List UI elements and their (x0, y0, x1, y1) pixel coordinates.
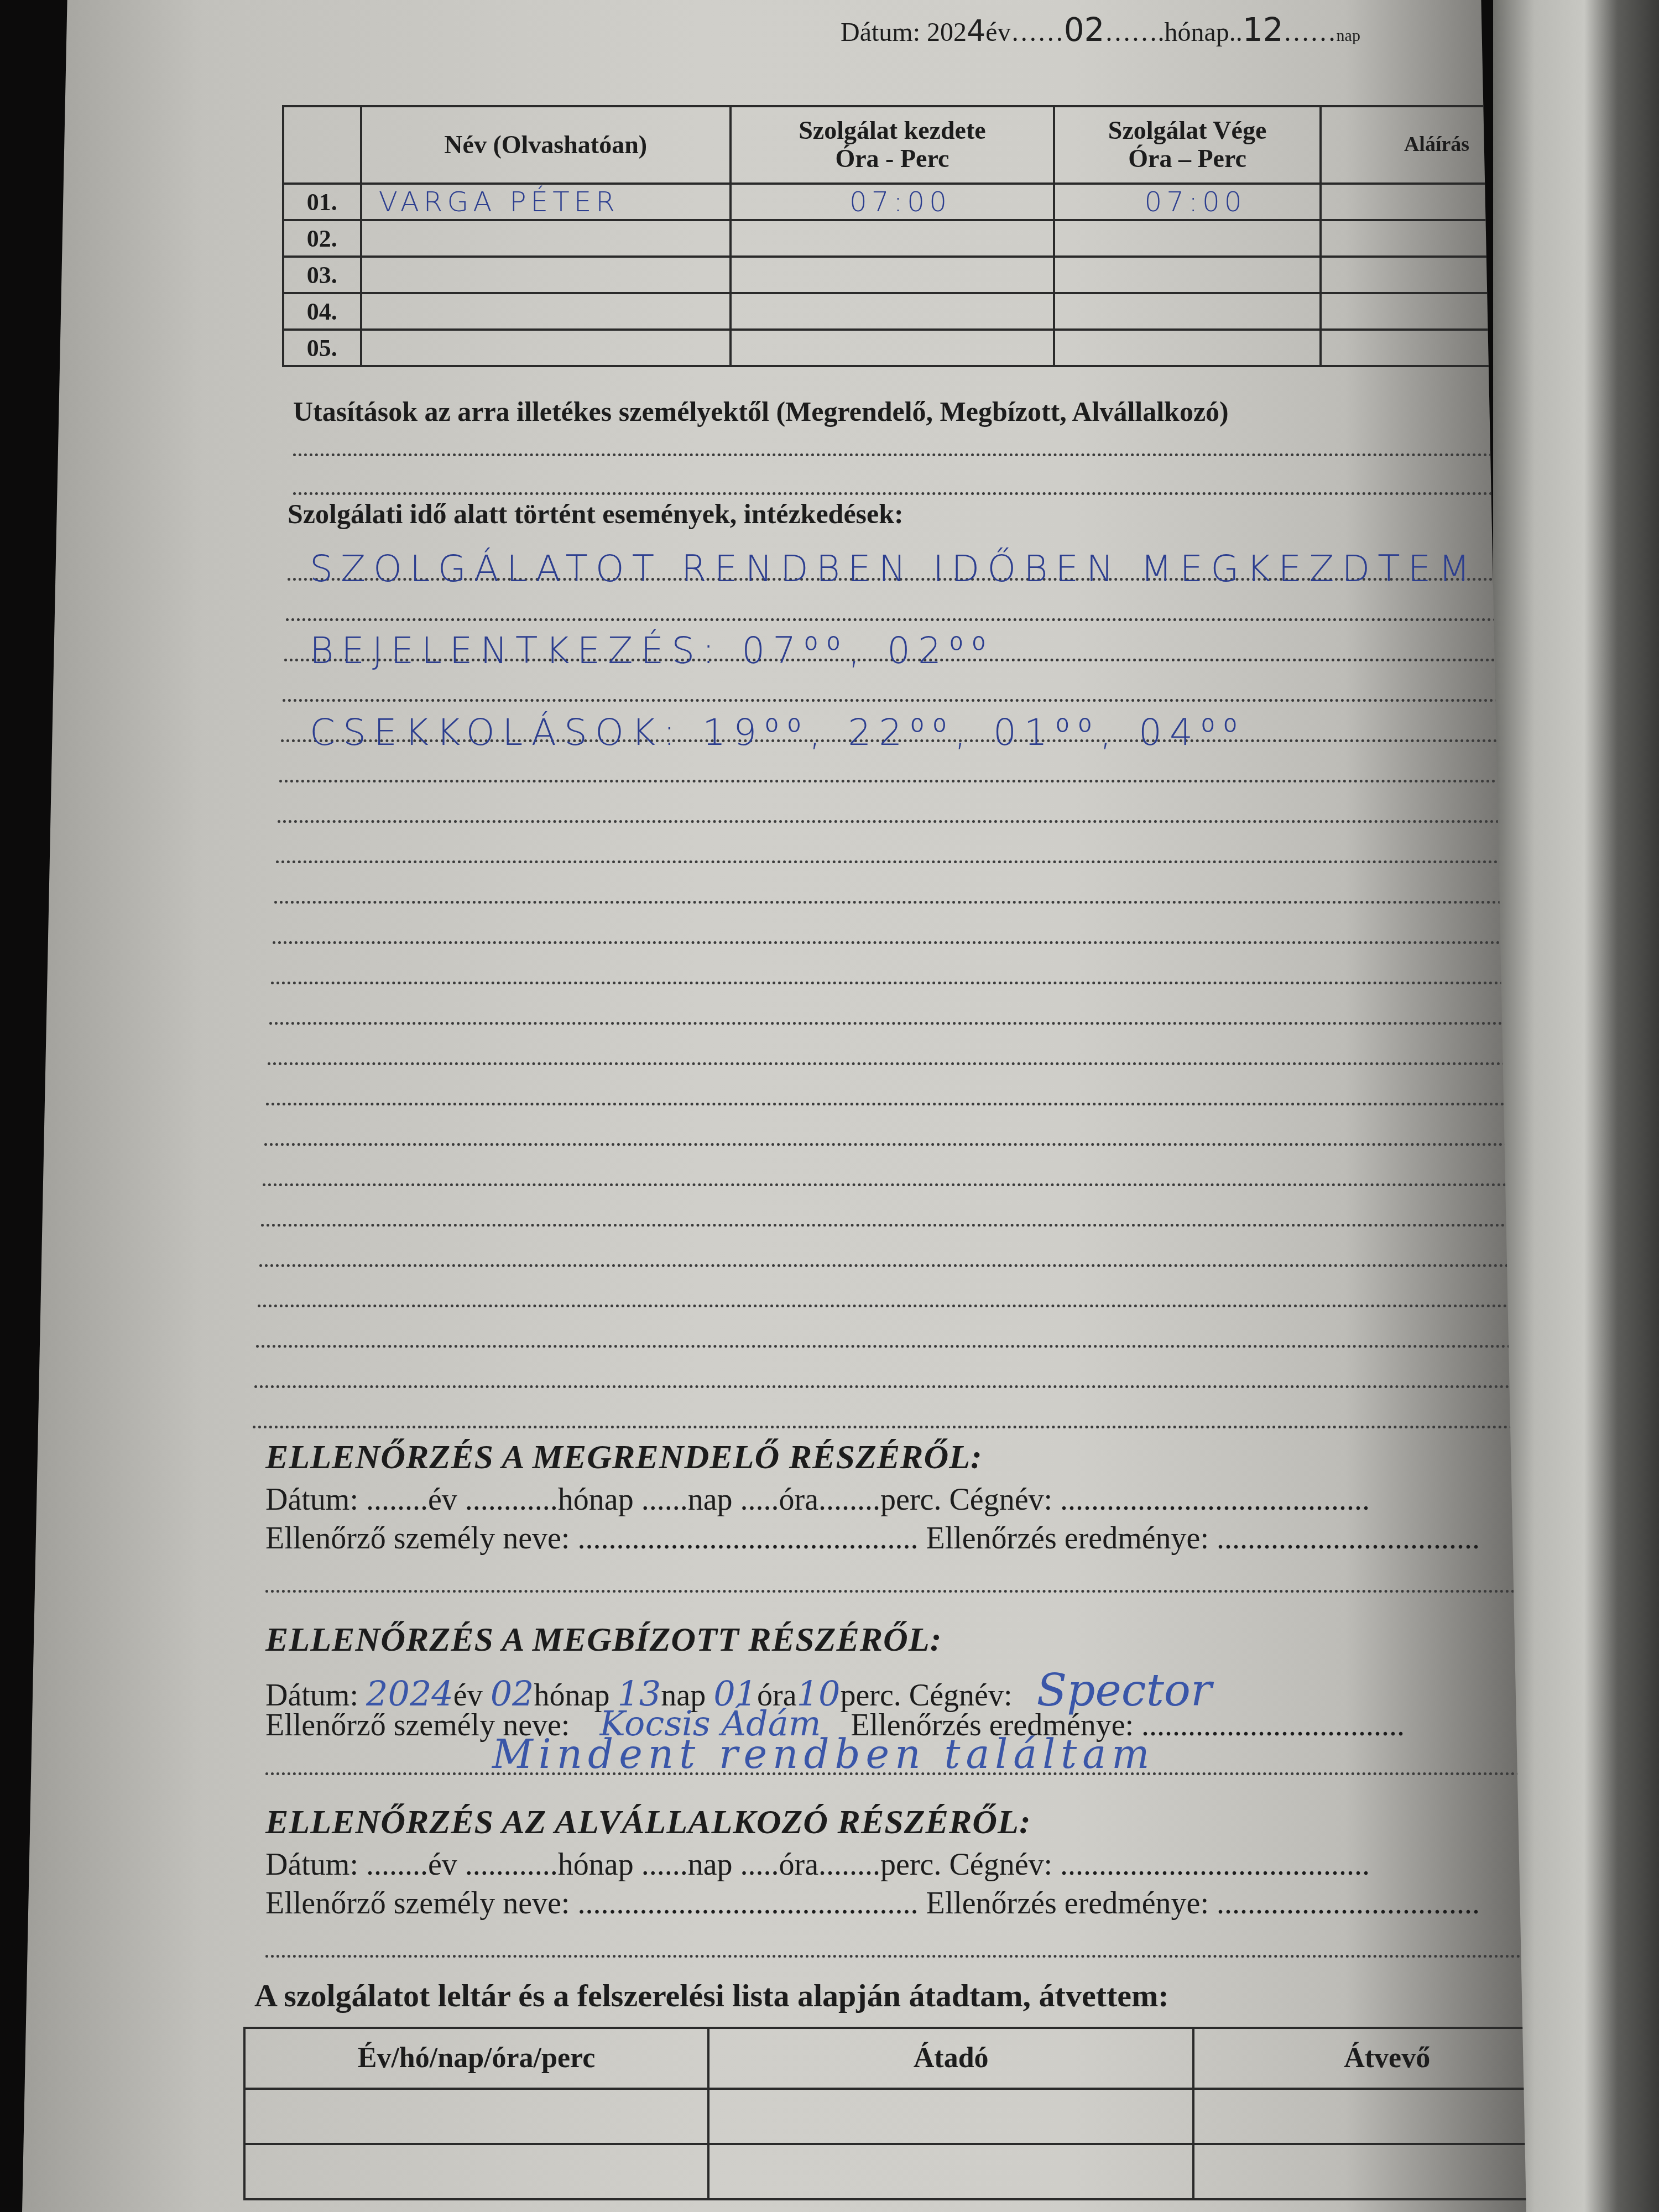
event-line[interactable] (276, 860, 1537, 863)
handover-header-receiver: Átvevő (1193, 2028, 1580, 2089)
instructions-line-2[interactable] (293, 492, 1537, 495)
check-title: ELLENŐRZÉS A MEGRENDELŐ RÉSZÉRŐL: (265, 1438, 983, 1477)
end-time-cell[interactable] (1054, 330, 1321, 366)
instructions-heading: Utasítások az arra illetékes személyektő… (293, 395, 1229, 427)
check-person-line: Ellenőrző személy neve: ................… (265, 1886, 1480, 1921)
header-date-line: Dátum: 2024év……02…….hónap..12……nap (841, 11, 1360, 49)
check-title: ELLENŐRZÉS AZ ALVÁLLALKOZÓ RÉSZÉRŐL: (265, 1803, 1031, 1842)
name-cell[interactable] (361, 293, 731, 330)
event-line[interactable] (264, 1143, 1525, 1146)
handover-date-cell[interactable] (244, 2089, 708, 2144)
event-line[interactable] (263, 1183, 1524, 1186)
event-entry[interactable]: BEJELENTKEZÉS: 07⁰⁰, 02⁰⁰ (310, 629, 994, 672)
start-time-cell[interactable] (731, 293, 1054, 330)
event-line[interactable] (259, 1264, 1520, 1267)
end-time-cell[interactable] (1054, 220, 1321, 257)
check-result-blank[interactable]: .................................. (1217, 1521, 1480, 1556)
event-line[interactable] (269, 1022, 1530, 1025)
handover-row (244, 2144, 1580, 2199)
check-result-line[interactable] (265, 1955, 1548, 1958)
handover-receiver-cell[interactable] (1193, 2089, 1580, 2144)
event-line[interactable] (253, 1426, 1514, 1428)
check-person-label: Ellenőrző személy neve: (265, 1521, 570, 1556)
row-number: 02. (283, 220, 361, 257)
check-date-line: Dátum: ........év ............hónap ....… (265, 1482, 1370, 1517)
row-number: 01. (283, 184, 361, 220)
event-line[interactable] (254, 1385, 1515, 1388)
header-end-line2: Óra – Perc (1056, 145, 1319, 173)
start-time-cell[interactable]: 07:00 (731, 184, 1054, 220)
handover-giver-cell[interactable] (708, 2144, 1193, 2199)
start-time-cell[interactable] (731, 257, 1054, 293)
name-cell[interactable] (361, 220, 731, 257)
check-person-blank[interactable]: ........................................… (577, 1521, 918, 1556)
shift-row: 05. (283, 330, 1553, 366)
event-line[interactable] (274, 901, 1535, 904)
date-label: Dátum: 202 (841, 18, 967, 47)
check-day-label: nap (688, 1848, 733, 1882)
check-year-blank[interactable]: ........ (366, 1483, 428, 1517)
check-person-label: Ellenőrző személy neve: (265, 1886, 570, 1921)
event-line[interactable] (279, 780, 1540, 782)
row-number: 04. (283, 293, 361, 330)
header-end: Szolgálat Vége Óra – Perc (1054, 106, 1321, 184)
check-company-blank[interactable]: ........................................ (1060, 1483, 1370, 1517)
check-day-blank[interactable]: ...... (641, 1848, 688, 1882)
shift-row: 04. (283, 293, 1553, 330)
check-hour-blank[interactable]: ..... (740, 1483, 779, 1517)
events-heading: Szolgálati idő alatt történt események, … (288, 498, 904, 530)
handover-receiver-cell[interactable] (1193, 2144, 1580, 2199)
check-hour-label: óra (779, 1848, 819, 1882)
row-number: 03. (283, 257, 361, 293)
check-person-line: Ellenőrző személy neve: ................… (265, 1521, 1480, 1556)
end-time-cell[interactable] (1054, 293, 1321, 330)
end-time-cell[interactable]: 07:00 (1054, 184, 1321, 220)
date-year-digit: 4 (967, 13, 985, 48)
name-cell[interactable] (361, 330, 731, 366)
check-result-blank[interactable]: .................................. (1217, 1886, 1480, 1921)
check-hour-blank[interactable]: ..... (740, 1848, 779, 1882)
handover-table: Év/hó/nap/óra/perc Átadó Átvevő (243, 2027, 1582, 2200)
check-result-line[interactable] (265, 1590, 1548, 1593)
event-entry[interactable]: CSEKKOLÁSOK: 19⁰⁰, 22⁰⁰, 01⁰⁰, 04⁰⁰ (310, 711, 1245, 754)
check-company-label: perc. Cégnév: (880, 1483, 1052, 1517)
header-end-line1: Szolgálat Vége (1056, 117, 1319, 145)
check-hour-label: óra (779, 1483, 819, 1517)
event-line[interactable] (266, 1103, 1527, 1105)
name-cell[interactable]: VARGA PÉTER (361, 184, 731, 220)
check-month-label: hónap (558, 1483, 634, 1517)
date-day: 12 (1243, 11, 1284, 49)
month-label: hónap (1164, 18, 1229, 47)
event-line[interactable] (258, 1305, 1519, 1307)
check-month-blank[interactable]: ............ (465, 1483, 558, 1517)
check-year-blank[interactable]: ........ (366, 1848, 428, 1882)
handover-header-date: Év/hó/nap/óra/perc (244, 2028, 708, 2089)
check-result-label: Ellenőrzés eredménye: (926, 1521, 1209, 1556)
check-result-blank[interactable]: .................................. (1141, 1708, 1405, 1743)
handover-header-giver: Átadó (708, 2028, 1193, 2089)
handover-row (244, 2089, 1580, 2144)
shift-row: 01.VARGA PÉTER07:0007:00 (283, 184, 1553, 220)
check-month-blank[interactable]: ............ (465, 1848, 558, 1882)
event-line[interactable] (271, 982, 1532, 984)
check-date-label: Dátum: (265, 1848, 358, 1882)
event-line[interactable] (283, 699, 1543, 702)
handover-date-cell[interactable] (244, 2144, 708, 2199)
day-label: nap (1337, 27, 1360, 45)
event-line[interactable] (286, 618, 1547, 621)
shift-table-header: Név (Olvashatóan) Szolgálat kezdete Óra … (283, 106, 1553, 184)
header-start-line1: Szolgálat kezdete (732, 117, 1052, 145)
check-day-blank[interactable]: ...... (641, 1483, 688, 1517)
check-date-line: Dátum: ........év ............hónap ....… (265, 1847, 1370, 1882)
header-start: Szolgálat kezdete Óra - Perc (731, 106, 1054, 184)
row-number: 05. (283, 330, 361, 366)
event-line[interactable] (261, 1224, 1522, 1227)
check-company-label: perc. Cégnév: (880, 1848, 1052, 1882)
check-year-label: év (428, 1483, 457, 1517)
handover-heading: A szolgálatot leltár és a felszerelési l… (254, 1977, 1169, 2014)
shift-table: Név (Olvashatóan) Szolgálat kezdete Óra … (282, 105, 1554, 367)
check-year-label: év (428, 1848, 457, 1882)
check-result-label: Ellenőrzés eredménye: (926, 1886, 1209, 1921)
logbook-page: Dátum: 2024év……02…….hónap..12……nap Név (… (22, 0, 1526, 2212)
event-line[interactable] (273, 941, 1533, 944)
instructions-line-1[interactable] (293, 453, 1537, 456)
end-time-cell[interactable] (1054, 257, 1321, 293)
shift-row: 03. (283, 257, 1553, 293)
event-line[interactable] (256, 1345, 1517, 1348)
header-start-line2: Óra - Perc (732, 145, 1052, 173)
shift-row: 02. (283, 220, 1553, 257)
event-entry[interactable]: SZOLGÁLATOT RENDBEN IDŐBEN MEGKEZDTEM (310, 547, 1478, 590)
check-person-blank[interactable]: ........................................… (577, 1886, 918, 1921)
handover-header-row: Év/hó/nap/óra/perc Átadó Átvevő (244, 2028, 1580, 2089)
handover-giver-cell[interactable] (708, 2089, 1193, 2144)
name-cell[interactable] (361, 257, 731, 293)
header-name: Név (Olvashatóan) (361, 106, 731, 184)
year-label: év (985, 18, 1010, 47)
check-date-label: Dátum: (265, 1483, 358, 1517)
start-time-cell[interactable] (731, 330, 1054, 366)
check-minute-blank[interactable]: ........ (818, 1483, 880, 1517)
start-time-cell[interactable] (731, 220, 1054, 257)
event-line[interactable] (278, 820, 1538, 823)
check-minute-blank[interactable]: ........ (818, 1848, 880, 1882)
event-line[interactable] (268, 1062, 1528, 1065)
check-month-label: hónap (558, 1848, 634, 1882)
header-num (283, 106, 361, 184)
check-result[interactable]: Mindent rendben találtam (492, 1731, 1155, 1777)
check-day-label: nap (688, 1483, 733, 1517)
check-company-blank[interactable]: ........................................ (1060, 1848, 1370, 1882)
check-title: ELLENŐRZÉS A MEGBÍZOTT RÉSZÉRŐL: (265, 1620, 942, 1660)
date-month: 02 (1064, 11, 1105, 49)
